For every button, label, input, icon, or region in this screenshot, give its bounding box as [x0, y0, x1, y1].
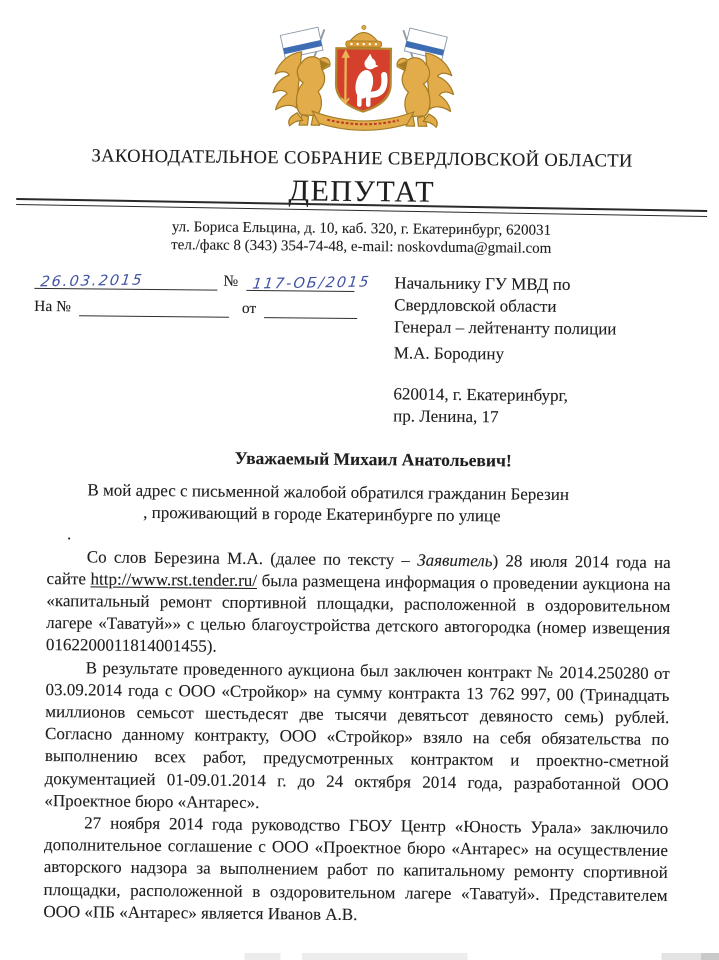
salutation: Уважаемый Михаил Анатольевич!: [14, 446, 719, 474]
recipient-line: Начальнику ГУ МВД по: [394, 272, 617, 296]
number-label: №: [223, 273, 238, 291]
recipient-address-line: пр. Ленина, 17: [393, 405, 616, 429]
letter-body: В мой адрес с письменной жалобой обратил…: [43, 479, 671, 929]
recipient-address: 620014, г. Екатеринбург, пр. Ленина, 17: [393, 383, 616, 429]
p2-text: Со слов Березина М.А. (далее по тексту –: [87, 547, 418, 569]
paragraph-supplementary-agreement: 27 ноября 2014 года руководство ГБОУ Цен…: [43, 812, 668, 929]
reply-number-blank: [79, 296, 229, 317]
letterhead-address: ул. Бориса Ельцина, д. 10, каб. 320, г. …: [2, 217, 719, 260]
reply-label: На №: [34, 298, 71, 316]
scan-content: ЗАКОНОДАТЕЛЬНОЕ СОБРАНИЕ СВЕРДЛОВСКОЙ ОБ…: [0, 0, 719, 960]
handwritten-date: 26.03.2015: [39, 272, 144, 290]
paragraph-complaint-line1: В мой адрес с письменной жалобой обратил…: [47, 479, 671, 507]
paragraph-contract-details: В результате проведенного аукциона был з…: [44, 657, 669, 818]
from-label: от: [242, 300, 257, 318]
motto-ribbon: [312, 111, 414, 131]
requisites-recipient-row: 26.03.2015 № 117-ОБ/2015 На № от Начальн…: [0, 269, 719, 431]
handwritten-number: 117-ОБ/2015: [251, 274, 371, 292]
date-blank: 26.03.2015: [34, 269, 217, 291]
recipient-block: Начальнику ГУ МВД по Свердловской област…: [393, 272, 617, 429]
reply-date-blank: [264, 298, 357, 319]
organization-title: ЗАКОНОДАТЕЛЬНОЕ СОБРАНИЕ СВЕРДЛОВСКОЙ ОБ…: [3, 146, 719, 174]
paragraph-auction-info: Со слов Березина М.А. (далее по тексту –…: [46, 546, 671, 663]
date-number-line: 26.03.2015 № 117-ОБ/2015: [34, 269, 374, 292]
reply-to-line: На № от: [34, 296, 374, 319]
recipient-name: М.А. Бородину: [394, 342, 617, 366]
imperial-crown: [345, 25, 381, 47]
number-blank: 117-ОБ/2015: [246, 271, 354, 292]
coat-of-arms-sverdlovsk-icon: [268, 23, 457, 138]
recipient-line: Генерал – лейтенанту полиции: [394, 316, 617, 340]
recipient-address-line: 620014, г. Екатеринбург,: [393, 383, 616, 407]
scanned-letter-page: ЗАКОНОДАТЕЛЬНОЕ СОБРАНИЕ СВЕРДЛОВСКОЙ ОБ…: [0, 0, 719, 960]
outgoing-requisites: 26.03.2015 № 117-ОБ/2015 На № от: [33, 269, 374, 427]
tender-site-url: http://www.rst.tender.ru/: [90, 569, 257, 590]
scan-artifact-strip: [0, 953, 719, 960]
p2-italic-term: Заявитель: [417, 550, 492, 570]
recipient-line: Свердловской области: [394, 294, 617, 318]
